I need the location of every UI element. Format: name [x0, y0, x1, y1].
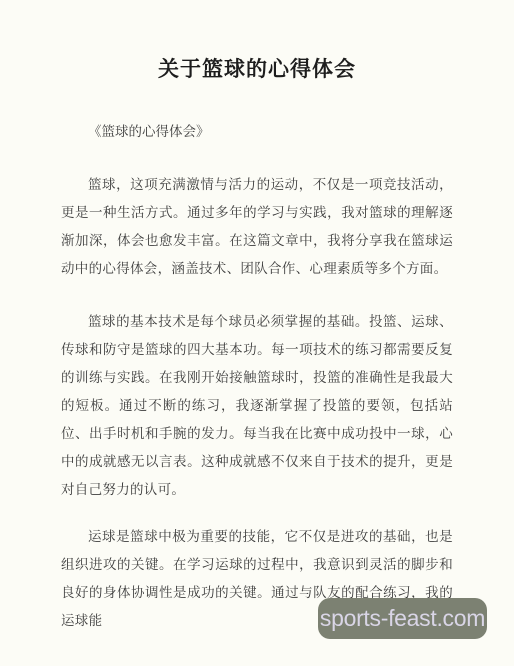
- document-page: 关于篮球的心得体会 《篮球的心得体会》 篮球，这项充满激情与活力的运动，不仅是一…: [0, 0, 514, 666]
- watermark-badge: sports-feast.com: [318, 598, 487, 639]
- document-title: 关于篮球的心得体会: [61, 56, 453, 84]
- paragraph-basic-skills: 篮球的基本技术是每个球员必须掌握的基础。投篮、运球、传球和防守是篮球的四大基本功…: [61, 308, 453, 504]
- document-subtitle: 《篮球的心得体会》: [61, 118, 453, 146]
- watermark-text: sports-feast.com: [320, 605, 485, 632]
- document-content: 关于篮球的心得体会 《篮球的心得体会》 篮球，这项充满激情与活力的运动，不仅是一…: [0, 0, 514, 635]
- paragraph-intro: 篮球，这项充满激情与活力的运动，不仅是一项竞技活动，更是一种生活方式。通过多年的…: [61, 171, 453, 283]
